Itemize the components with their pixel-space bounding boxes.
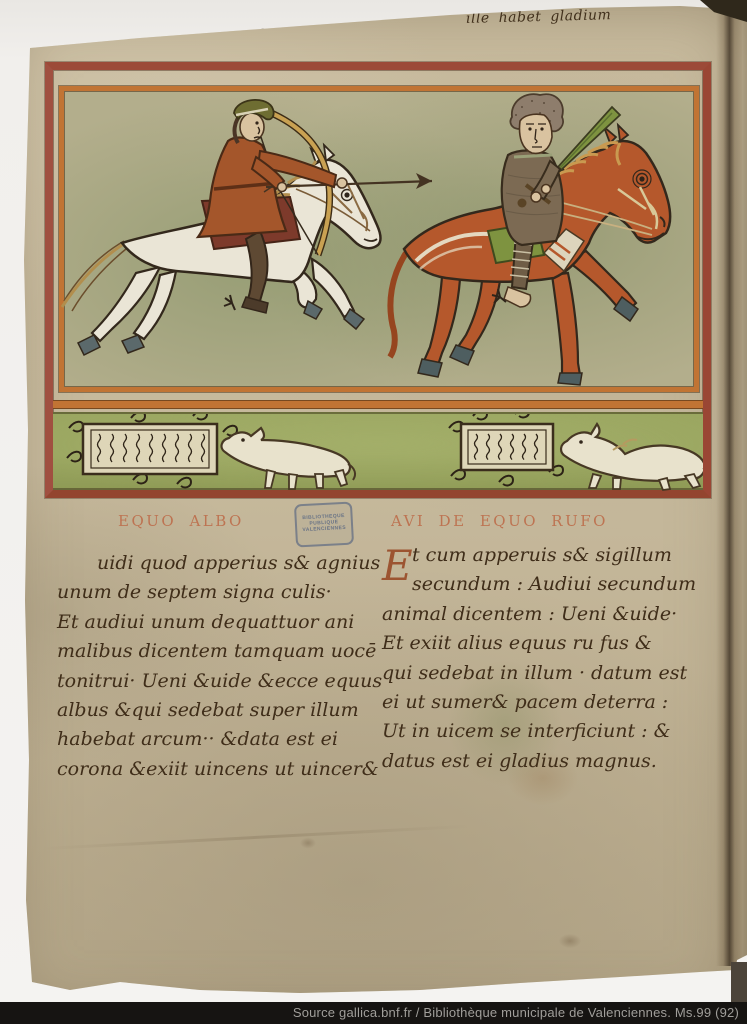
caption-archer: ille habet arcum — [133, 17, 265, 33]
text-line: Et audiui unum dequattuor ani — [57, 608, 379, 637]
lower-green-band — [53, 412, 703, 490]
manuscript-scan-page: ille habet arcum ille habet gladium — [0, 0, 747, 1024]
library-stamp: BIBLIOTHEQUE PUBLIQUE VALENCIENNES — [294, 502, 354, 548]
text-line: albus &qui sedebat super illum — [57, 696, 379, 725]
hand — [337, 178, 347, 188]
horse-tail — [390, 253, 406, 357]
text-line: malibus dicentem tamquam uocē — [57, 637, 379, 666]
horse-eye — [639, 176, 644, 181]
text-line: Et exiit alius equus ru fus & — [382, 629, 712, 658]
frame-divider-line — [53, 400, 703, 409]
two-horsemen-illustration — [64, 91, 704, 387]
pommel — [518, 199, 527, 208]
spur-mark — [224, 295, 235, 310]
text-line: datus est ei gladius magnus. — [382, 747, 712, 776]
text-line: unum de septem signa culis· — [57, 578, 379, 607]
text-column-left: uidi quod apperius s& agnius unum de sep… — [57, 549, 379, 784]
text-line: corona &exiit uincens ut uincer& — [57, 755, 379, 784]
text-line: secundum : Audiui secundum — [382, 570, 712, 599]
hand — [542, 185, 551, 194]
binding-corner-bottom — [731, 962, 747, 1002]
text-line: habebat arcum·· &data est ei — [57, 725, 379, 754]
collar — [514, 155, 552, 157]
hatched-panel-right — [461, 424, 553, 470]
caption-swordsman: ille habet gladium — [466, 7, 612, 27]
parchment-leaf: ille habet arcum ille habet gladium — [0, 0, 747, 1024]
parchment-stain — [298, 836, 318, 850]
text-line: uidi quod apperius s& agnius — [57, 549, 379, 578]
text-line: Et cum apperuis s& sigillum — [382, 541, 712, 570]
white-lamb-figure — [222, 428, 356, 489]
horse-tail — [62, 241, 126, 311]
hand — [531, 192, 541, 202]
parchment-crease — [40, 825, 470, 851]
white-horse-figure — [561, 424, 703, 490]
text-line: tonitrui· Ueni &uide &ecce equus — [57, 667, 379, 696]
source-text: Source gallica.bnf.fr / Bibliothèque mun… — [293, 1005, 739, 1020]
binding-gutter-seam — [716, 0, 742, 966]
rider-face — [240, 113, 264, 141]
miniature-panel — [59, 86, 699, 392]
text-line: Ut in uicem se interficiunt : & — [382, 717, 712, 746]
source-attribution-bar: Source gallica.bnf.fr / Bibliothèque mun… — [0, 1002, 747, 1024]
text-column-right: Et cum apperuis s& sigillum secundum : A… — [382, 541, 712, 776]
parchment-stain — [556, 932, 584, 950]
text-line: animal dicentem : Ueni &uide· — [382, 600, 712, 629]
rubric-white-horse: EQUO ALBO — [118, 512, 244, 530]
green-band-illustration — [53, 414, 703, 492]
text-line: qui sedebat in illum · datum est — [382, 659, 712, 688]
decorated-initial: E — [382, 541, 412, 599]
rubric-red-horse: AVI DE EQUO RUFO — [391, 512, 608, 530]
hatched-panel-left — [83, 424, 217, 474]
hand — [278, 183, 287, 192]
text-line: ei ut sumer& pacem deterra : — [382, 688, 712, 717]
